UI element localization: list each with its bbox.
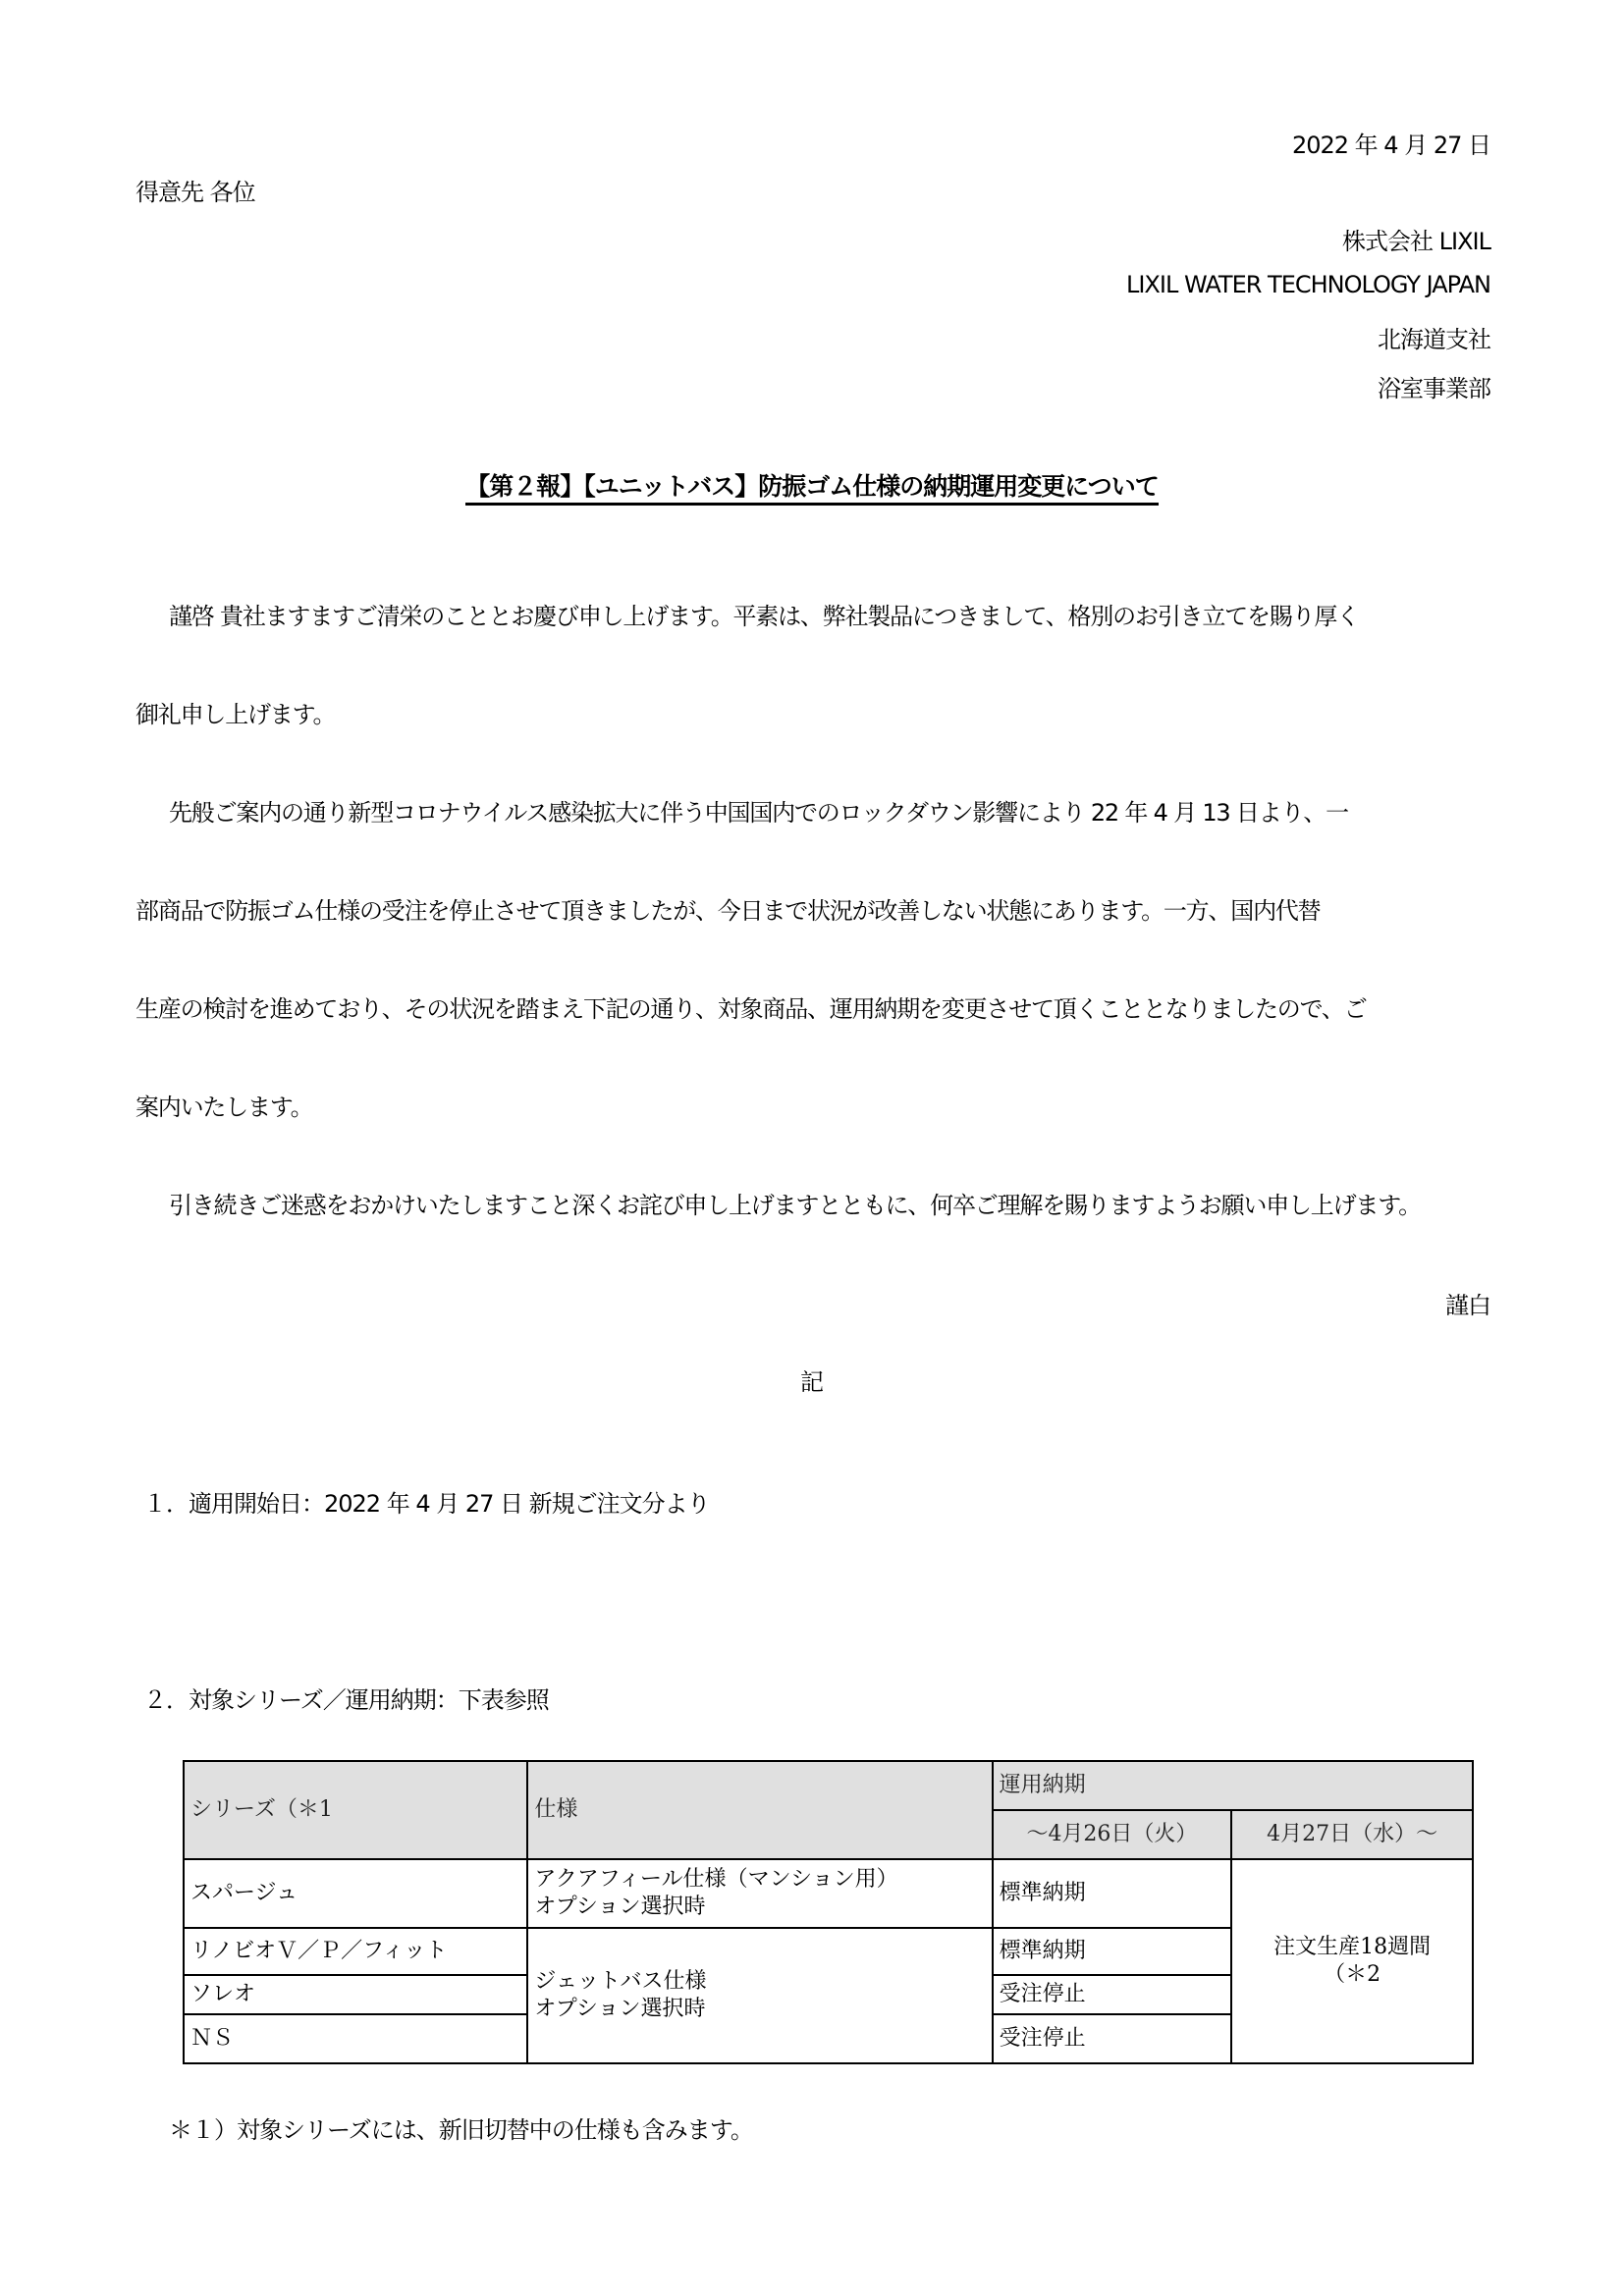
body-line: 部商品で防振ゴム仕様の受注を停止させて頂きましたが、今日まで状況が改善しない状態… [135,891,1320,926]
cell-spec-jetbath: ジェットバス仕様オプション選択時 [527,1928,992,2063]
header-from-0427: 4月27日（水）～ [1231,1810,1473,1859]
cell-series: スパージュ [184,1859,527,1928]
ki-heading: 記 [800,1362,823,1397]
spec-line: オプション選択時 [534,1894,985,1921]
cell-spec: アクアフィール仕様（マンション用）オプション選択時 [527,1859,992,1928]
series-delivery-table: シリーズ（＊1 仕様 運用納期 ～4月26日（火） 4月27日（水）～ スパージ… [183,1760,1474,2064]
body-line: 謹啓 貴社ますますご清栄のこととお慶び申し上げます。平素は、弊社製品につきまして… [169,597,1359,631]
spec-line: アクアフィール仕様（マンション用） [534,1866,985,1894]
item-1-start-date: １．適用開始日：2022 年 4 月 27 日 新規ご注文分より [143,1484,710,1519]
header-delivery: 運用納期 [993,1761,1473,1810]
from-value-line: 注文生産18週間 [1238,1934,1466,1961]
cell-until: 標準納期 [993,1928,1232,1975]
sender-division: LIXIL WATER TECHNOLOGY JAPAN [1126,271,1490,298]
body-line: 生産の検討を進めており、その状況を踏まえ下記の通り、対象商品、運用納期を変更させ… [135,989,1367,1024]
title-text: 【第２報】【ユニットバス】防振ゴム仕様の納期運用変更について [465,472,1159,506]
body-line: 案内いたします。 [135,1088,312,1122]
cell-until: 受注停止 [993,2014,1232,2063]
cell-series: ＮＳ [184,2014,527,2063]
footnote-1: ＊１）対象シリーズには、新旧切替中の仕様も含みます。 [169,2110,753,2145]
letter-date: 2022 年 4 月 27 日 [1292,126,1490,160]
from-value-note: （＊2 [1238,1961,1466,1989]
table-row: スパージュ アクアフィール仕様（マンション用）オプション選択時 標準納期 注文生… [184,1859,1473,1928]
cell-from-merged: 注文生産18週間（＊2 [1231,1859,1473,2063]
body-line: 引き続きご迷惑をおかけいたしますこと深くお詫び申し上げますとともに、何卒ご理解を… [169,1186,1421,1220]
cell-until: 標準納期 [993,1859,1232,1928]
sender-department: 浴室事業部 [1378,369,1490,403]
spec-line: オプション選択時 [534,1996,985,2023]
header-spec: 仕様 [527,1761,992,1859]
document-title: 【第２報】【ユニットバス】防振ゴム仕様の納期運用変更について [0,467,1624,503]
spec-line: ジェットバス仕様 [534,1968,985,1996]
header-series: シリーズ（＊1 [184,1761,527,1859]
sender-company: 株式会社 LIXIL [1342,222,1490,256]
item-2-target-series: ２．対象シリーズ／運用納期：下表参照 [143,1681,549,1715]
addressee: 得意先 各位 [135,173,255,207]
body-line: 御礼申し上げます。 [135,695,335,729]
body-line: 先般ご案内の通り新型コロナウイルス感染拡大に伴う中国国内でのロックダウン影響によ… [169,793,1348,828]
cell-series: ソレオ [184,1975,527,2014]
closing: 謹白 [1445,1286,1490,1320]
sender-branch: 北海道支社 [1378,320,1490,354]
header-until-0426: ～4月26日（火） [993,1810,1232,1859]
cell-series: リノビオＶ／Ｐ／フィット [184,1928,527,1975]
cell-until: 受注停止 [993,1975,1232,2014]
